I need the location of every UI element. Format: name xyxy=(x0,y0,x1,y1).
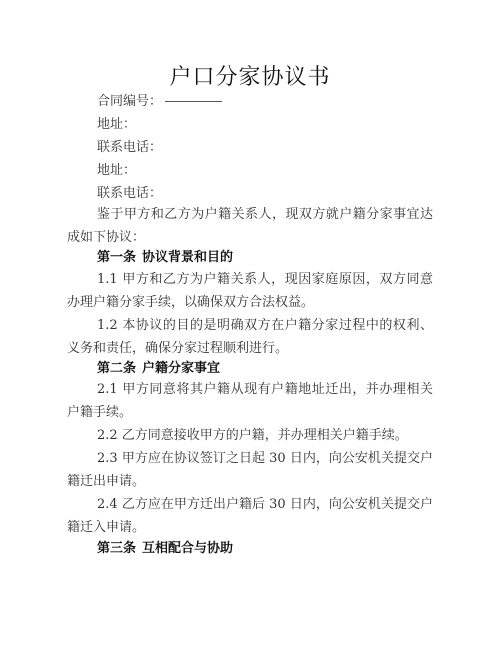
address-field-1: 地址： xyxy=(97,117,136,133)
address-label-2: 地址： xyxy=(97,163,136,178)
phone-label-2: 联系电话： xyxy=(97,186,162,201)
document-page: 户口分家协议书 合同编号： 地址： 联系电话： 地址： 联系电话： 鉴于甲方和乙… xyxy=(0,0,500,647)
section-2-title: 户籍分家事宜 xyxy=(142,361,220,376)
contract-number-blank xyxy=(165,100,222,102)
clause-2-2: 2.2 乙方同意接收甲方的户籍，并办理相关户籍手续。 xyxy=(67,424,433,447)
preamble-paragraph: 鉴于甲方和乙方为户籍关系人，现双方就户籍分家事宜达成如下协议： xyxy=(67,203,433,249)
section-3-heading: 第三条互相配合与协助 xyxy=(97,541,233,557)
contract-number-label: 合同编号： xyxy=(97,94,162,109)
clause-2-1: 2.1 甲方同意将其户籍从现有户籍地址迁出，并办理相关户籍手续。 xyxy=(67,378,433,424)
clause-2-3: 2.3 甲方应在协议签订之日起 30 日内，向公安机关提交户籍迁出申请。 xyxy=(67,447,433,493)
section-2-number: 第二条 xyxy=(97,361,136,376)
address-label-1: 地址： xyxy=(97,117,136,132)
section-3-number: 第三条 xyxy=(97,541,136,556)
clause-1-2: 1.2 本协议的目的是明确双方在户籍分家过程中的权利、义务和责任，确保分家过程顺… xyxy=(67,314,433,360)
section-3-title: 互相配合与协助 xyxy=(142,541,233,556)
phone-field-2: 联系电话： xyxy=(97,186,162,202)
clause-2-4: 2.4 乙方应在甲方迁出户籍后 30 日内，向公安机关提交户籍迁入申请。 xyxy=(67,493,433,539)
contract-number-field: 合同编号： xyxy=(97,94,222,110)
phone-field-1: 联系电话： xyxy=(97,140,162,156)
document-title: 户口分家协议书 xyxy=(0,60,500,91)
phone-label-1: 联系电话： xyxy=(97,140,162,155)
section-2-heading: 第二条户籍分家事宜 xyxy=(97,361,220,377)
clause-1-1: 1.1 甲方和乙方为户籍关系人，现因家庭原因，双方同意办理户籍分家手续，以确保双… xyxy=(67,268,433,314)
section-1-title: 协议背景和目的 xyxy=(142,250,233,265)
section-1-number: 第一条 xyxy=(97,250,136,265)
section-1-heading: 第一条协议背景和目的 xyxy=(97,250,233,266)
address-field-2: 地址： xyxy=(97,163,136,179)
